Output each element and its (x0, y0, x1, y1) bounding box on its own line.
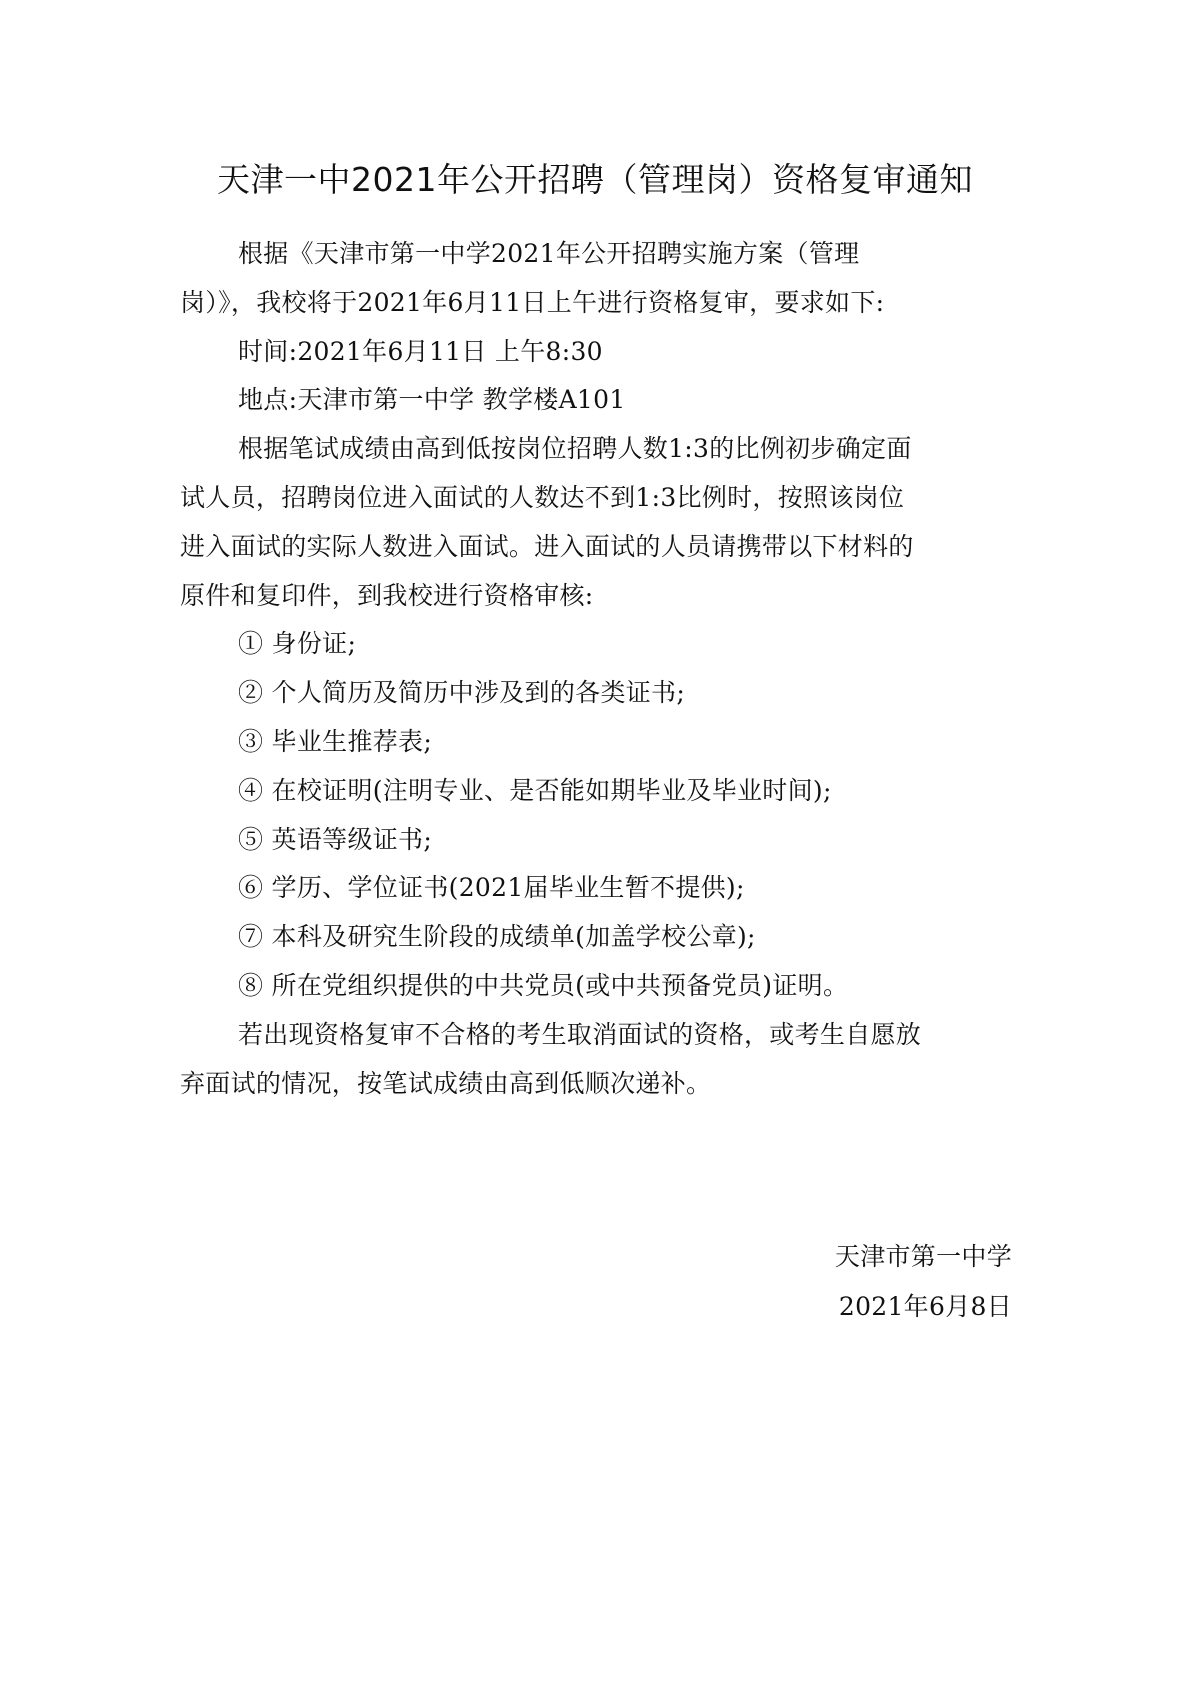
material-item-8: ⑧ 所在党组织提供的中共党员(或中共预备党员)证明。 (180, 962, 1010, 1011)
rule-line-3: 进入面试的实际人数进入面试。进入面试的人员请携带以下材料的 (180, 523, 1010, 572)
signature-organization: 天津市第一中学 (835, 1232, 1012, 1282)
location-line: 地点:天津市第一中学 教学楼A101 (180, 376, 1010, 425)
document-body: 根据《天津市第一中学2021年公开招聘实施方案（管理 岗）》，我校将于2021年… (180, 230, 1010, 1108)
material-item-5: ⑤ 英语等级证书; (180, 816, 1010, 865)
material-item-7: ⑦ 本科及研究生阶段的成绩单(加盖学校公章); (180, 913, 1010, 962)
rule-line-1: 根据笔试成绩由高到低按岗位招聘人数1:3的比例初步确定面 (180, 425, 1010, 474)
document-title: 天津一中2021年公开招聘（管理岗）资格复审通知 (0, 158, 1190, 202)
intro-line-1: 根据《天津市第一中学2021年公开招聘实施方案（管理 (180, 230, 1010, 279)
intro-line-2: 岗）》，我校将于2021年6月11日上午进行资格复审，要求如下: (180, 279, 1010, 328)
signature-block: 天津市第一中学 2021年6月8日 (835, 1232, 1012, 1332)
closing-line-1: 若出现资格复审不合格的考生取消面试的资格，或考生自愿放 (180, 1011, 1010, 1060)
material-item-2: ② 个人简历及简历中涉及到的各类证书; (180, 669, 1010, 718)
material-item-6: ⑥ 学历、学位证书(2021届毕业生暂不提供); (180, 864, 1010, 913)
material-item-3: ③ 毕业生推荐表; (180, 718, 1010, 767)
signature-date: 2021年6月8日 (835, 1282, 1012, 1332)
document-page: 天津一中2021年公开招聘（管理岗）资格复审通知 根据《天津市第一中学2021年… (0, 0, 1190, 1684)
closing-line-2: 弃面试的情况，按笔试成绩由高到低顺次递补。 (180, 1060, 1010, 1109)
material-item-4: ④ 在校证明(注明专业、是否能如期毕业及毕业时间); (180, 767, 1010, 816)
time-line: 时间:2021年6月11日 上午8:30 (180, 328, 1010, 377)
rule-line-4: 原件和复印件，到我校进行资格审核: (180, 572, 1010, 621)
material-item-1: ① 身份证; (180, 620, 1010, 669)
rule-line-2: 试人员，招聘岗位进入面试的人数达不到1:3比例时，按照该岗位 (180, 474, 1010, 523)
